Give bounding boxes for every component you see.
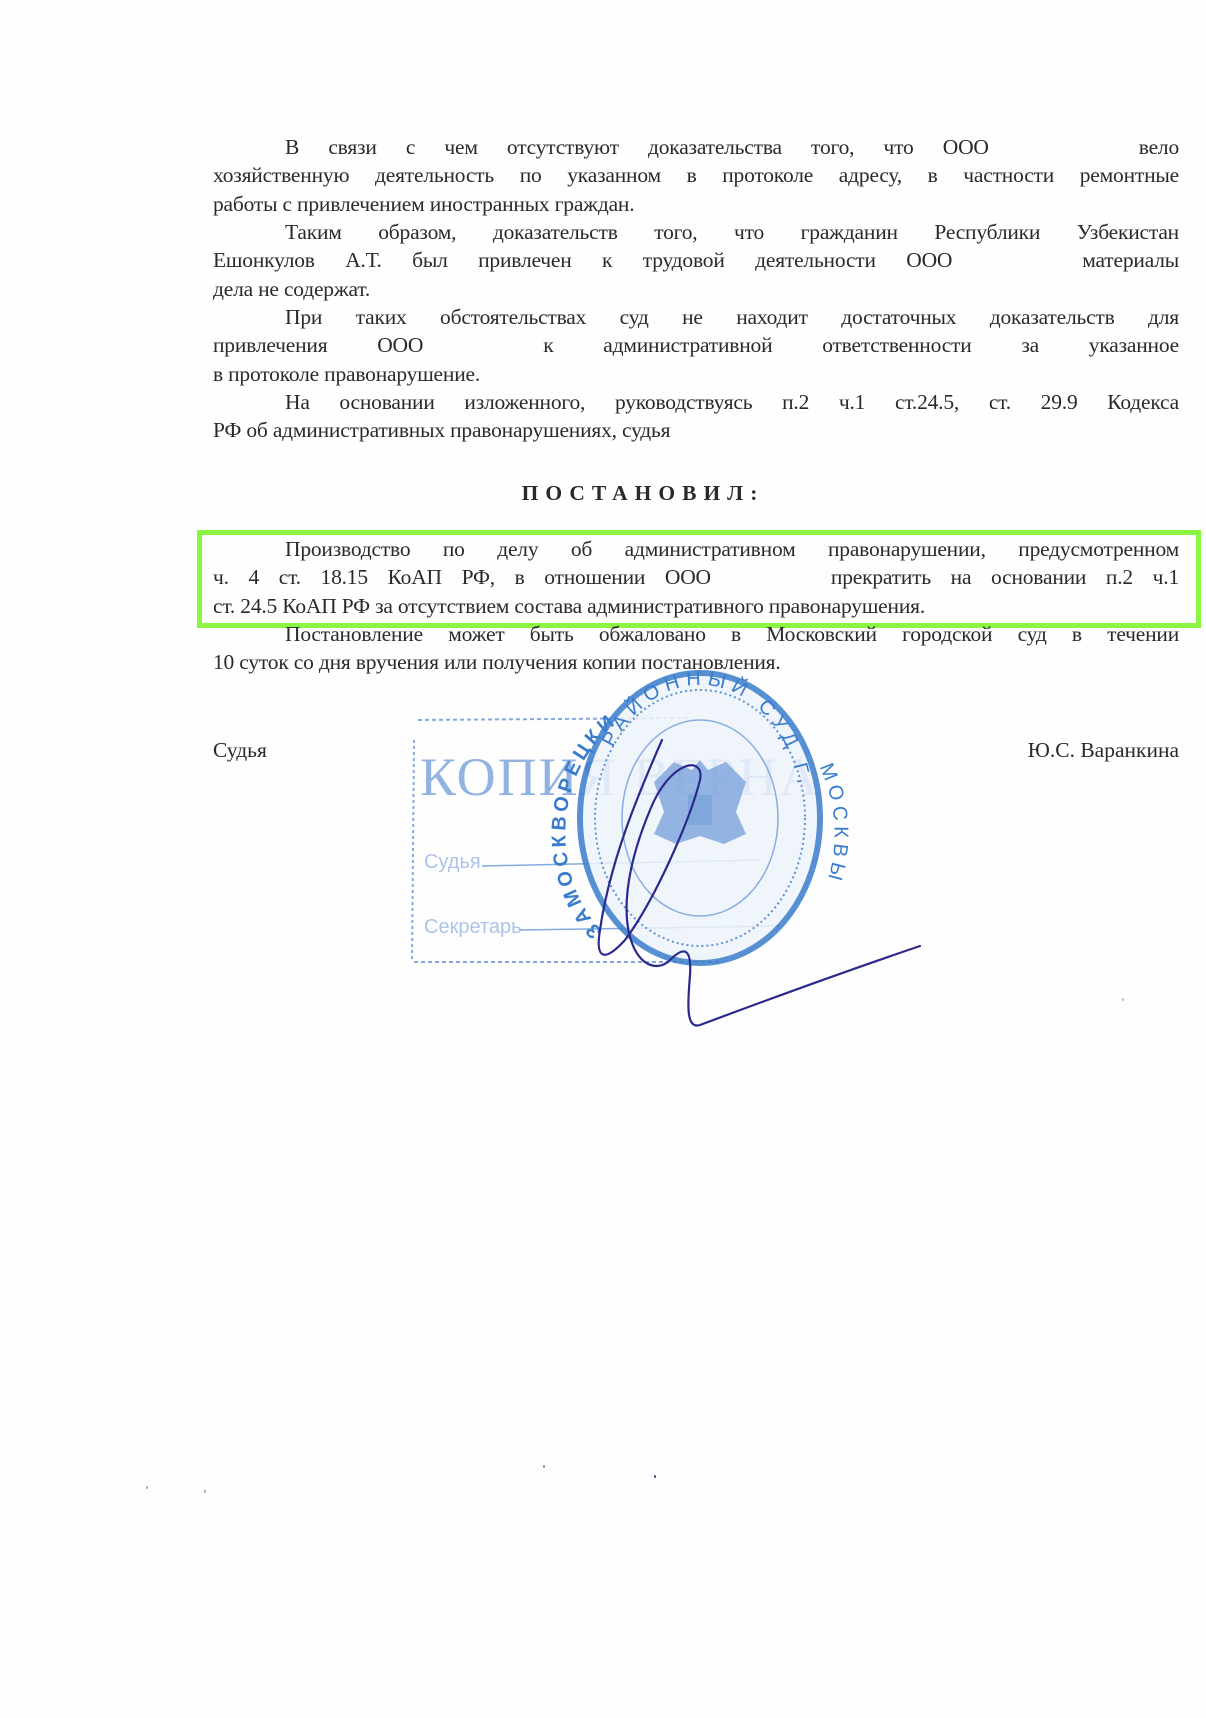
text-line: ч. 4 ст. 18.15 КоАП РФ, в отношении ОООп… (213, 563, 1179, 591)
text-line: В связи с чем отсутствуют доказательства… (213, 133, 1179, 161)
text-line: Ешонкулов А.Т. был привлечен к трудовой … (213, 246, 1179, 274)
signature-role: Судья (213, 738, 267, 763)
document-page: В связи с чем отсутствуют доказательства… (0, 0, 1206, 1718)
text-line: РФ об административных правонарушениях, … (213, 416, 1179, 444)
paragraph-no-evidence-employment: Таким образом, доказательств того, что г… (213, 218, 1179, 303)
text-line: Производство по делу об административном… (213, 535, 1179, 563)
stamp-graphics: КОПИЯ ВЕРНА Судья Секретарь РАЙОННЫЙ СУД… (400, 700, 960, 1030)
text-line: На основании изложенного, руководствуясь… (213, 388, 1179, 416)
text-line: ст. 24.5 КоАП РФ за отсутствием состава … (213, 592, 1179, 620)
text-line: Таким образом, доказательств того, что г… (213, 218, 1179, 246)
stamp-secretary-label: Секретарь (424, 916, 522, 938)
text-line: Постановление может быть обжаловано в Мо… (213, 620, 1179, 648)
stamp-judge-label: Судья (424, 851, 481, 873)
stamp-area: КОПИЯ ВЕРНА Судья Секретарь РАЙОННЫЙ СУД… (400, 700, 960, 1030)
text-line: работы с привлечением иностранных гражда… (213, 190, 1179, 218)
ruling-heading: ПОСТАНОВИЛ: (0, 481, 1206, 506)
text-line: в протоколе правонарушение. (213, 360, 1179, 388)
signature-name: Ю.С. Варанкина (1028, 738, 1179, 763)
text-line: дела не содержат. (213, 275, 1179, 303)
text-line: При таких обстоятельствах суд не находит… (213, 303, 1179, 331)
paragraph-legal-basis: На основании изложенного, руководствуясь… (213, 388, 1179, 445)
paragraph-insufficient-evidence: При таких обстоятельствах суд не находит… (213, 303, 1179, 388)
text-line: привлечения ОООк административной ответс… (213, 331, 1179, 359)
paragraph-ruling: Производство по делу об административном… (213, 535, 1179, 620)
paragraph-evidence-absence: В связи с чем отсутствуют доказательства… (213, 133, 1179, 218)
text-line: хозяйственную деятельность по указанном … (213, 161, 1179, 189)
